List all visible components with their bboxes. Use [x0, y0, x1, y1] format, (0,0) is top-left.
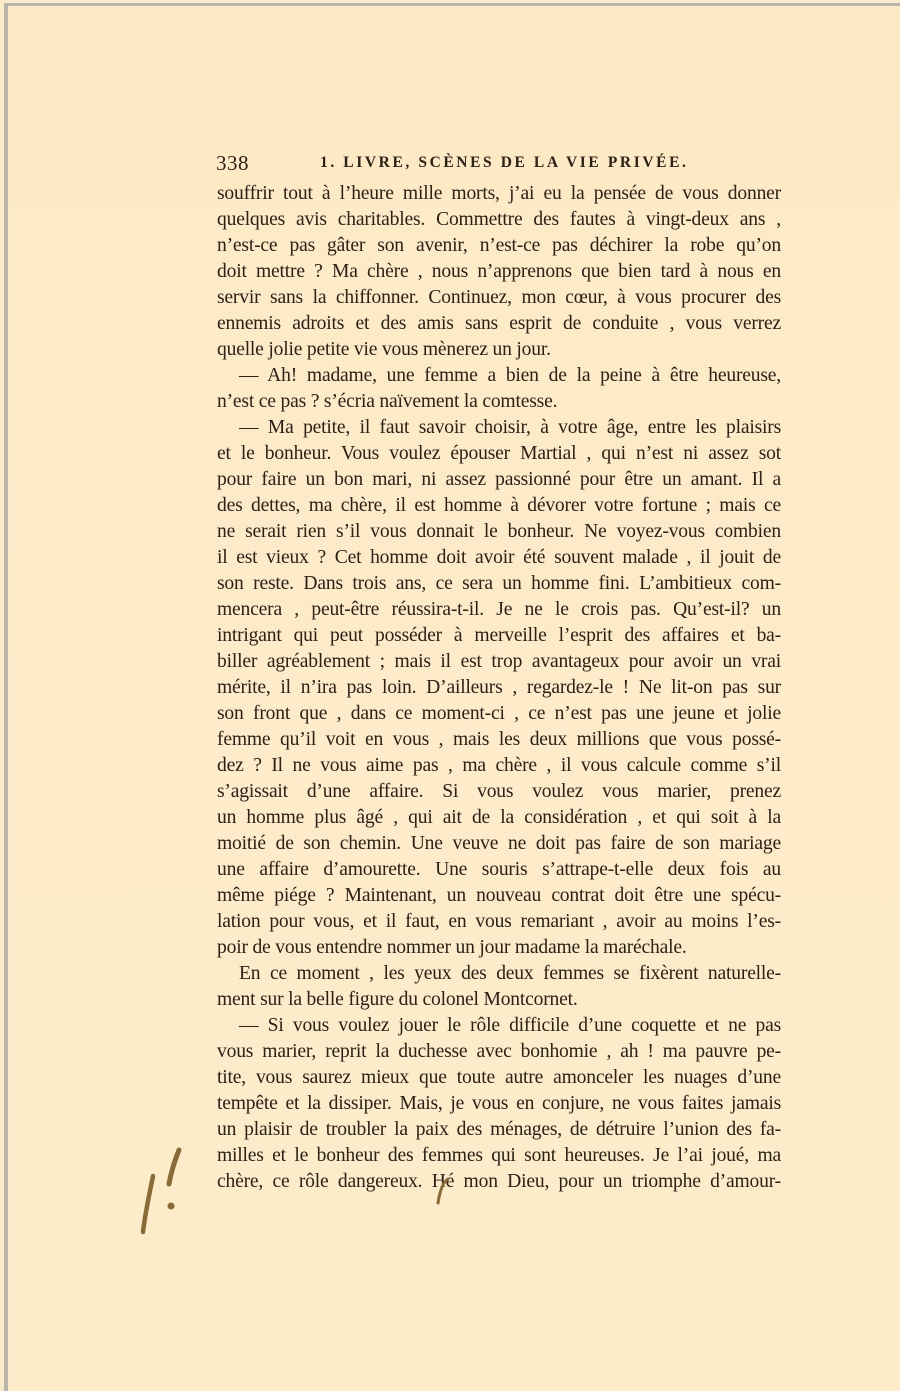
- text-line: servir sans la chiffonner. Continuez, mo…: [217, 285, 781, 311]
- handwritten-exclamation-mark-icon: [133, 1146, 193, 1236]
- text-line: n’est-ce pas gâter son avenir, n’est-ce …: [217, 233, 781, 259]
- text-line: ne serait rien s’il vous donnait le bonh…: [217, 519, 781, 545]
- text-line: il est vieux ? Cet homme doit avoir été …: [217, 545, 781, 571]
- text-line: même piége ? Maintenant, un nouveau cont…: [217, 883, 781, 909]
- text-line: tempête et la dissiper. Mais, je vous en…: [217, 1091, 781, 1117]
- text-line: quelques avis charitables. Commettre des…: [217, 207, 781, 233]
- text-line: dez ? Il ne vous aime pas , ma chère , i…: [217, 753, 781, 779]
- text-line: En ce moment , les yeux des deux femmes …: [217, 961, 781, 987]
- body-text: souffrir tout à l’heure mille morts, j’a…: [217, 181, 781, 1195]
- text-line: milles et le bonheur des femmes qui sont…: [217, 1143, 781, 1169]
- text-line: poir de vous entendre nommer un jour mad…: [217, 935, 781, 961]
- page-number: 338: [216, 149, 249, 177]
- text-line: ennemis adroits et des amis sans esprit …: [217, 311, 781, 337]
- text-line: intrigant qui peut posséder à merveille …: [217, 623, 781, 649]
- book-page: 338 1. Livre, scènes de la vie privée. s…: [4, 3, 900, 1391]
- text-line: son front que , dans ce moment-ci , ce n…: [217, 701, 781, 727]
- text-line: n’est ce pas ? s’écria naïvement la comt…: [217, 389, 781, 415]
- text-line: biller agréablement ; mais il est trop a…: [217, 649, 781, 675]
- text-line: des dettes, ma chère, il est homme à dév…: [217, 493, 781, 519]
- page-header: 338 1. Livre, scènes de la vie privée.: [216, 149, 796, 177]
- text-line: s’agissait d’une affaire. Si vous voulez…: [217, 779, 781, 805]
- text-line: — Si vous voulez jouer le rôle difficile…: [217, 1013, 781, 1039]
- text-line: moitié de son chemin. Une veuve ne doit …: [217, 831, 781, 857]
- text-line: — Ah! madame, une femme a bien de la pei…: [217, 363, 781, 389]
- text-line: mencera , peut-être réussira-t-il. Je ne…: [217, 597, 781, 623]
- text-line: une affaire d’amourette. Une souris s’at…: [217, 857, 781, 883]
- text-line: pour faire un bon mari, ni assez passion…: [217, 467, 781, 493]
- text-line: lation pour vous, et il faut, en vous re…: [217, 909, 781, 935]
- text-line: doit mettre ? Ma chère , nous n’apprenon…: [217, 259, 781, 285]
- text-line: et le bonheur. Vous voulez épouser Marti…: [217, 441, 781, 467]
- text-line: un plaisir de troubler la paix des ménag…: [217, 1117, 781, 1143]
- handwritten-slash-mark-icon: [432, 1176, 452, 1206]
- text-line: — Ma petite, il faut savoir choisir, à v…: [217, 415, 781, 441]
- running-head: 1. Livre, scènes de la vie privée.: [320, 149, 688, 177]
- text-line: chère, ce rôle dangereux. Hé mon Dieu, p…: [217, 1169, 781, 1195]
- text-line: souffrir tout à l’heure mille morts, j’a…: [217, 181, 781, 207]
- text-line: ment sur la belle figure du colonel Mont…: [217, 987, 781, 1013]
- text-line: femme qu’il voit en vous , mais les deux…: [217, 727, 781, 753]
- text-line: tite, vous saurez mieux que toute autre …: [217, 1065, 781, 1091]
- text-line: mérite, il n’ira pas loin. D’ailleurs , …: [217, 675, 781, 701]
- text-line: vous marier, reprit la duchesse avec bon…: [217, 1039, 781, 1065]
- text-line: un homme plus âgé , qui ait de la consid…: [217, 805, 781, 831]
- text-line: son reste. Dans trois ans, ce sera un ho…: [217, 571, 781, 597]
- text-line: quelle jolie petite vie vous mènerez un …: [217, 337, 781, 363]
